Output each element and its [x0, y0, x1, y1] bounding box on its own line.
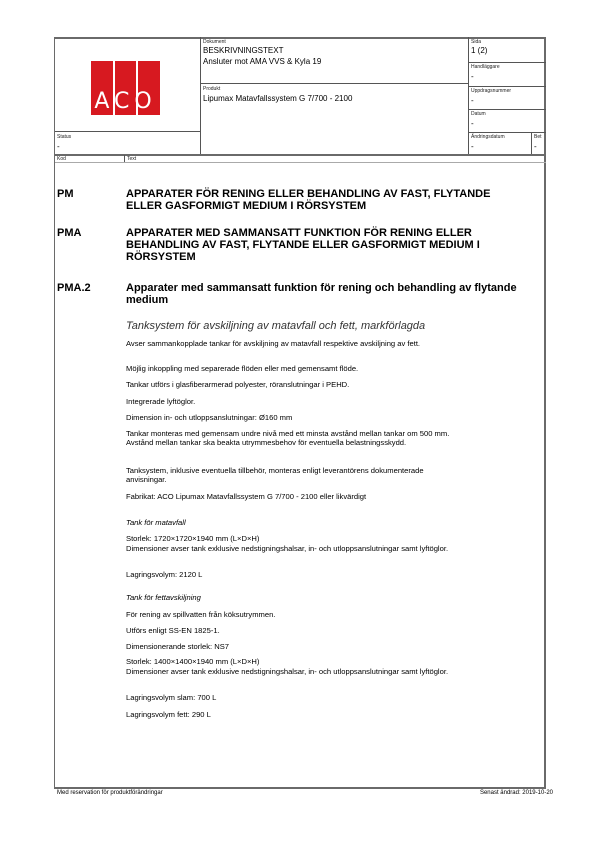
tank-matavfall-size: Storlek: 1720×1720×1940 mm (L×D×H)	[126, 534, 526, 543]
paragraph-4: Integrerade lyftöglor.	[126, 397, 526, 406]
sida-divider	[468, 62, 546, 63]
uppdragsnummer-label: Uppdragsnummer	[471, 88, 511, 94]
tank-fett-fett: Lagringsvolym fett: 290 L	[126, 710, 526, 719]
paragraph-2: Möjlig inkoppling med separerade flöden …	[126, 364, 526, 373]
tank-fett-p2: Utförs enligt SS-EN 1825-1.	[126, 626, 526, 635]
section-code-pma: PMA	[57, 227, 81, 239]
tank-matavfall-title: Tank för matavfall	[126, 518, 186, 527]
status-divider	[55, 131, 200, 132]
paragraph-5: Dimension in- och utloppsanslutningar: Ø…	[126, 413, 526, 422]
status-value: -	[57, 142, 60, 151]
produkt-label: Produkt	[203, 86, 220, 92]
datum-value: -	[471, 119, 474, 128]
sida-label: Sida	[471, 39, 481, 45]
paragraph-3: Tankar utförs i glasfiberarmerad polyest…	[126, 380, 526, 389]
handlaggare-divider	[468, 86, 546, 87]
dokument-type: BESKRIVNINGSTEXT	[203, 46, 283, 55]
footer-last-modified: Senast ändrad: 2019-10-20	[480, 790, 553, 796]
datum-divider	[468, 132, 546, 133]
header-divider-left	[200, 37, 201, 154]
section-title-pma: APPARATER MED SAMMANSATT FUNKTION FÖR RE…	[126, 227, 511, 263]
tank-fett-title: Tank för fettavskiljning	[126, 593, 201, 602]
tank-matavfall-note: Dimensioner avser tank exklusive nedstig…	[126, 544, 496, 553]
handlaggare-label: Handläggare	[471, 64, 500, 70]
tank-fett-p1: För rening av spillvatten från köksutrym…	[126, 610, 526, 619]
logo-text: ACO	[91, 91, 160, 113]
kod-text-divider	[124, 155, 125, 162]
kod-text-bottom-line	[55, 162, 546, 163]
andringsdatum-value: -	[471, 142, 474, 151]
bet-label: Bet	[534, 134, 542, 140]
andringsdatum-label: Ändringsdatum	[471, 134, 505, 140]
tank-fett-p3: Dimensionerande storlek: NS7	[126, 642, 526, 651]
sida-value: 1 (2)	[471, 46, 487, 55]
tank-fett-size: Storlek: 1400×1400×1940 mm (L×D×H)	[126, 657, 526, 666]
section-code-pm: PM	[57, 188, 74, 200]
subheading: Tanksystem för avskiljning av matavfall …	[126, 320, 425, 332]
paragraph-7: Tanksystem, inklusive eventuella tillbeh…	[126, 466, 456, 484]
paragraph-1: Avser sammankopplade tankar för avskiljn…	[126, 339, 471, 348]
dokument-label: Dokument	[203, 39, 226, 45]
status-label: Status	[57, 134, 71, 140]
uppdrag-divider	[468, 109, 546, 110]
kod-column-label: Kod	[57, 156, 66, 162]
section-title-pma2: Apparater med sammansatt funktion för re…	[126, 282, 521, 306]
section-title-pm: APPARATER FÖR RENING ELLER BEHANDLING AV…	[126, 188, 496, 212]
footer-disclaimer: Med reservation för produktförändringar	[57, 790, 163, 796]
dokument-produkt-divider	[200, 83, 468, 84]
paragraph-8: Fabrikat: ACO Lipumax Matavfallssystem G…	[126, 492, 526, 501]
paragraph-6: Tankar monteras med gemensam undre nivå …	[126, 429, 478, 447]
tank-fett-note: Dimensioner avser tank exklusive nedstig…	[126, 667, 496, 676]
uppdragsnummer-value: -	[471, 96, 474, 105]
datum-label: Datum	[471, 111, 486, 117]
handlaggare-value: -	[471, 72, 474, 81]
tank-fett-slam: Lagringsvolym slam: 700 L	[126, 693, 526, 702]
section-code-pma2: PMA.2	[57, 282, 91, 294]
dokument-reference: Ansluter mot AMA VVS & Kyla 19	[203, 57, 321, 66]
header-divider-right	[468, 37, 469, 154]
bet-value: -	[534, 142, 537, 151]
text-column-label: Text	[127, 156, 136, 162]
aco-logo: ACO	[91, 61, 160, 115]
bet-divider	[531, 132, 532, 154]
produkt-value: Lipumax Matavfallssystem G 7/700 - 2100	[203, 94, 352, 103]
tank-matavfall-volume: Lagringsvolym: 2120 L	[126, 570, 526, 579]
